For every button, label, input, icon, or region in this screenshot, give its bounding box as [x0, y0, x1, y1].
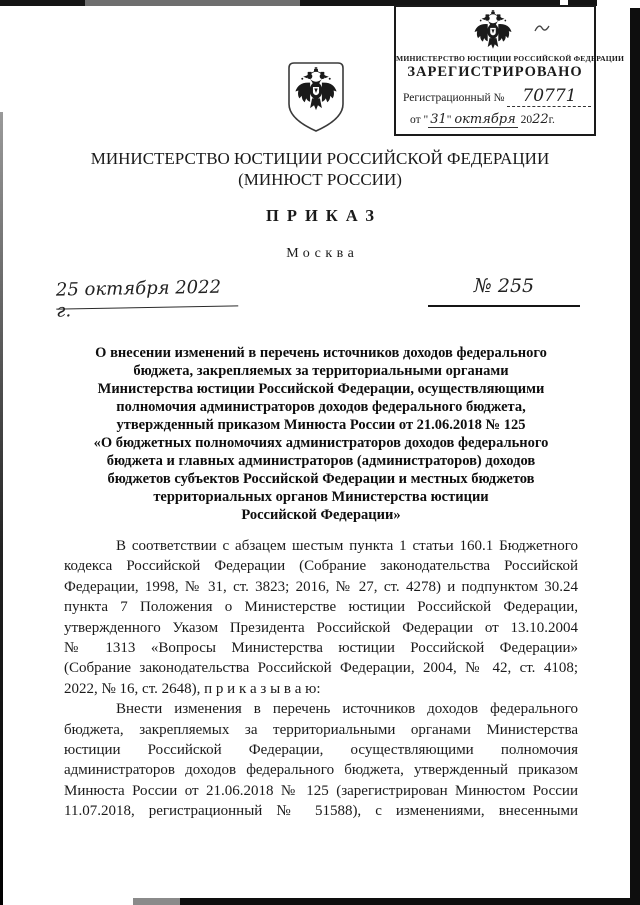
stamp-reg-label: Регистрационный № — [403, 92, 504, 104]
text-line: пункта 7 Положения о Министерстве юстици… — [64, 597, 578, 617]
text-line: бюджета, закрепляемых за территориальным… — [64, 720, 578, 740]
stamp-date-g: г. — [549, 114, 555, 126]
document-type-title: ПРИКАЗ — [0, 206, 640, 226]
stamp-date-day-handwritten: 31 — [430, 112, 447, 127]
subject-heading: О внесении изменений в перечень источник… — [64, 344, 578, 524]
scanned-order-document: МИНИСТЕРСТВО ЮСТИЦИИ РОССИЙСКОЙ ФЕДЕРАЦИ… — [0, 0, 640, 905]
city-label: Москва — [0, 246, 640, 262]
stamp-date-year-handwritten: 22 — [532, 112, 549, 127]
stamp-coat-of-arms-icon — [470, 10, 516, 54]
body-paragraph-2: Внести изменения в перечень источников д… — [64, 699, 578, 821]
handwritten-number: № 255 — [428, 275, 580, 307]
text-line: Минюста России от 21.06.2018 № 125 (заре… — [64, 781, 578, 801]
scan-artifact-bottom — [180, 898, 632, 905]
text-line: 2022, № 16, ст. 2648), п р и к а з ы в а… — [64, 679, 578, 699]
text-line: № 1313 «Вопросы Министерства юстиции Рос… — [64, 638, 578, 658]
text-line: Внести изменения в перечень источников д… — [64, 699, 578, 719]
text-line: Федерации, 1998, № 31, ст. 3823; 2016, №… — [64, 577, 578, 597]
scan-artifact-right — [630, 8, 640, 905]
scan-artifact-bottom-gray — [133, 898, 180, 905]
pen-mark-icon — [534, 22, 550, 34]
stamp-reg-value-underline: 70771 — [507, 88, 591, 107]
scan-artifact-left — [0, 112, 3, 905]
handwritten-date: 25 октября 2022 г. — [56, 276, 238, 309]
registration-stamp: МИНИСТЕРСТВО ЮСТИЦИИ РОССИЙСКОЙ ФЕДЕРАЦИ… — [394, 5, 596, 136]
scan-artifact-top-gray — [85, 0, 300, 6]
text-line: «О бюджетных полномочиях администраторов… — [64, 434, 578, 452]
coat-of-arms-icon — [288, 62, 344, 132]
stamp-registration-number: Регистрационный №70771 — [403, 88, 591, 107]
ministry-short-title: (МИНЮСТ РОССИИ) — [0, 170, 640, 190]
stamp-registration-date: от "31" октября 2022г. — [410, 112, 555, 128]
body-paragraph-1: В соответствии с абзацем шестым пункта 1… — [64, 536, 578, 699]
text-line: полномочия администраторов доходов федер… — [64, 398, 578, 416]
text-line: юстиции Российской Федерации, осуществля… — [64, 740, 578, 760]
text-line: утвержденный приказом Минюста России от … — [64, 416, 578, 434]
text-line: территориальных органов Министерства юст… — [64, 488, 578, 506]
stamp-ministry-line: МИНИСТЕРСТВО ЮСТИЦИИ РОССИЙСКОЙ ФЕДЕРАЦИ… — [396, 54, 594, 63]
body-text: В соответствии с абзацем шестым пункта 1… — [64, 536, 578, 821]
text-line: 11.07.2018, регистрационный № 51588), с … — [64, 801, 578, 821]
text-line: бюджетов субъектов Российской Федерации … — [64, 470, 578, 488]
text-line: Российской Федерации» — [64, 506, 578, 524]
stamp-reg-value-handwritten: 70771 — [522, 86, 576, 106]
text-line: утвержденного Указом Президента Российск… — [64, 618, 578, 638]
text-line: бюджета, закрепляемых за территориальным… — [64, 362, 578, 380]
stamp-date-close-quote: " — [447, 114, 452, 126]
stamp-date-century: 20 — [521, 114, 533, 126]
text-line: О внесении изменений в перечень источник… — [64, 344, 578, 362]
stamp-date-underline: 31" октября — [428, 112, 518, 128]
text-line: (Собрание законодательства Российской Фе… — [64, 658, 578, 678]
text-line: администраторов доходов федерального бюд… — [64, 760, 578, 780]
stamp-date-month-handwritten: октября — [454, 112, 515, 127]
text-line: бюджета и главных администраторов (админ… — [64, 452, 578, 470]
stamp-registered-label: ЗАРЕГИСТРИРОВАНО — [396, 64, 594, 81]
stamp-date-from: от " — [410, 114, 428, 126]
ministry-title: МИНИСТЕРСТВО ЮСТИЦИИ РОССИЙСКОЙ ФЕДЕРАЦИ… — [0, 149, 640, 169]
text-line: кодекса Российской Федерации (Собрание з… — [64, 556, 578, 576]
text-line: В соответствии с абзацем шестым пункта 1… — [64, 536, 578, 556]
text-line: Министерства юстиции Российской Федераци… — [64, 380, 578, 398]
